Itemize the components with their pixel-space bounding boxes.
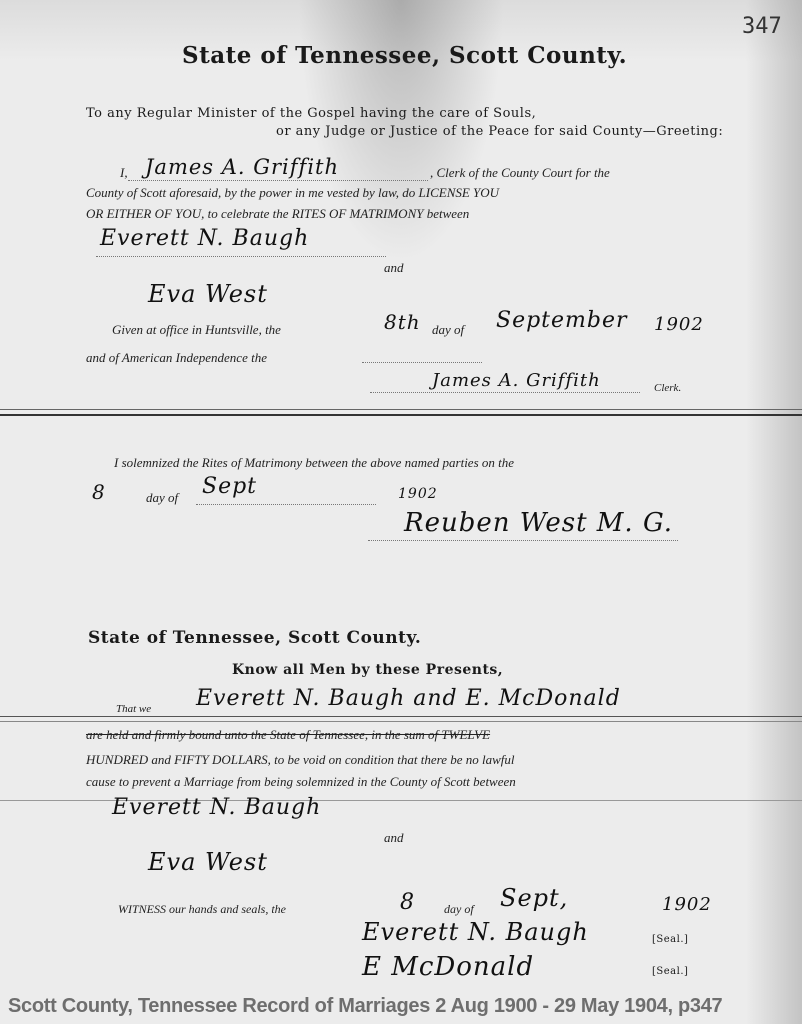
solemnized-year: 1902 [398,486,438,502]
signature-surety: E McDonald [362,952,534,982]
witness-prefix: WITNESS our hands and seals, the [118,902,286,917]
bond-body-line-2: HUNDRED and FIFTY DOLLARS, to be void on… [86,752,515,768]
given-prefix: Given at office in Huntsville, the [112,322,281,338]
license-body-line-2: County of Scott aforesaid, by the power … [86,185,499,201]
solemnized-day: 8 [92,480,106,504]
page-number: 347 [742,14,782,39]
given-month: September [496,308,628,333]
bond-body-line-1: are held and firmly bound unto the State… [86,727,490,743]
bond-body-line-3: cause to prevent a Marriage from being s… [86,774,516,790]
bond-subtitle: Know all Men by these Presents, [232,662,503,678]
solemnized-statement: I solemnized the Rites of Matrimony betw… [114,455,514,471]
signature-groom: Everett N. Baugh [362,918,589,946]
bond-groom-name: Everett N. Baugh [112,795,321,820]
given-day: 8th [384,310,421,334]
officiant-signature: Reuben West M. G. [404,508,673,538]
seal-2: [Seal.] [652,966,688,977]
bond-obligors: Everett N. Baugh and E. McDonald [196,686,621,711]
that-we: That we [116,703,151,715]
license-and: and [384,260,404,276]
bond-title: State of Tennessee, Scott County. [88,628,421,648]
given-year: 1902 [654,314,704,335]
witness-month: Sept, [500,884,568,912]
independence-line: and of American Independence the [86,350,267,366]
given-day-of: day of [432,322,464,338]
clerk-title: Clerk. [654,382,681,394]
solemnized-month: Sept [202,474,257,499]
license-title: State of Tennessee, Scott County. [182,42,627,69]
clerk-suffix: , Clerk of the County Court for the [430,165,610,181]
clerk-prefix: I, [120,165,128,181]
salutation-line-2: or any Judge or Justice of the Peace for… [276,124,723,139]
seal-1: [Seal.] [652,934,688,945]
license-bride-name: Eva West [148,280,268,308]
solemnized-day-of: day of [146,490,178,506]
clerk-name-handwritten: James A. Griffith [145,155,339,179]
license-body-line-3: OR EITHER OF YOU, to celebrate the RITES… [86,206,469,222]
record-caption: Scott County, Tennessee Record of Marria… [8,995,722,1018]
bond-and: and [384,830,404,846]
clerk-signature: James A. Griffith [432,370,601,391]
bond-bride-name: Eva West [148,848,268,876]
witness-year: 1902 [662,894,712,915]
salutation-line-1: To any Regular Minister of the Gospel ha… [86,106,536,121]
witness-day: 8 [400,890,415,915]
witness-day-of: day of [444,902,474,917]
license-groom-name: Everett N. Baugh [100,226,309,251]
